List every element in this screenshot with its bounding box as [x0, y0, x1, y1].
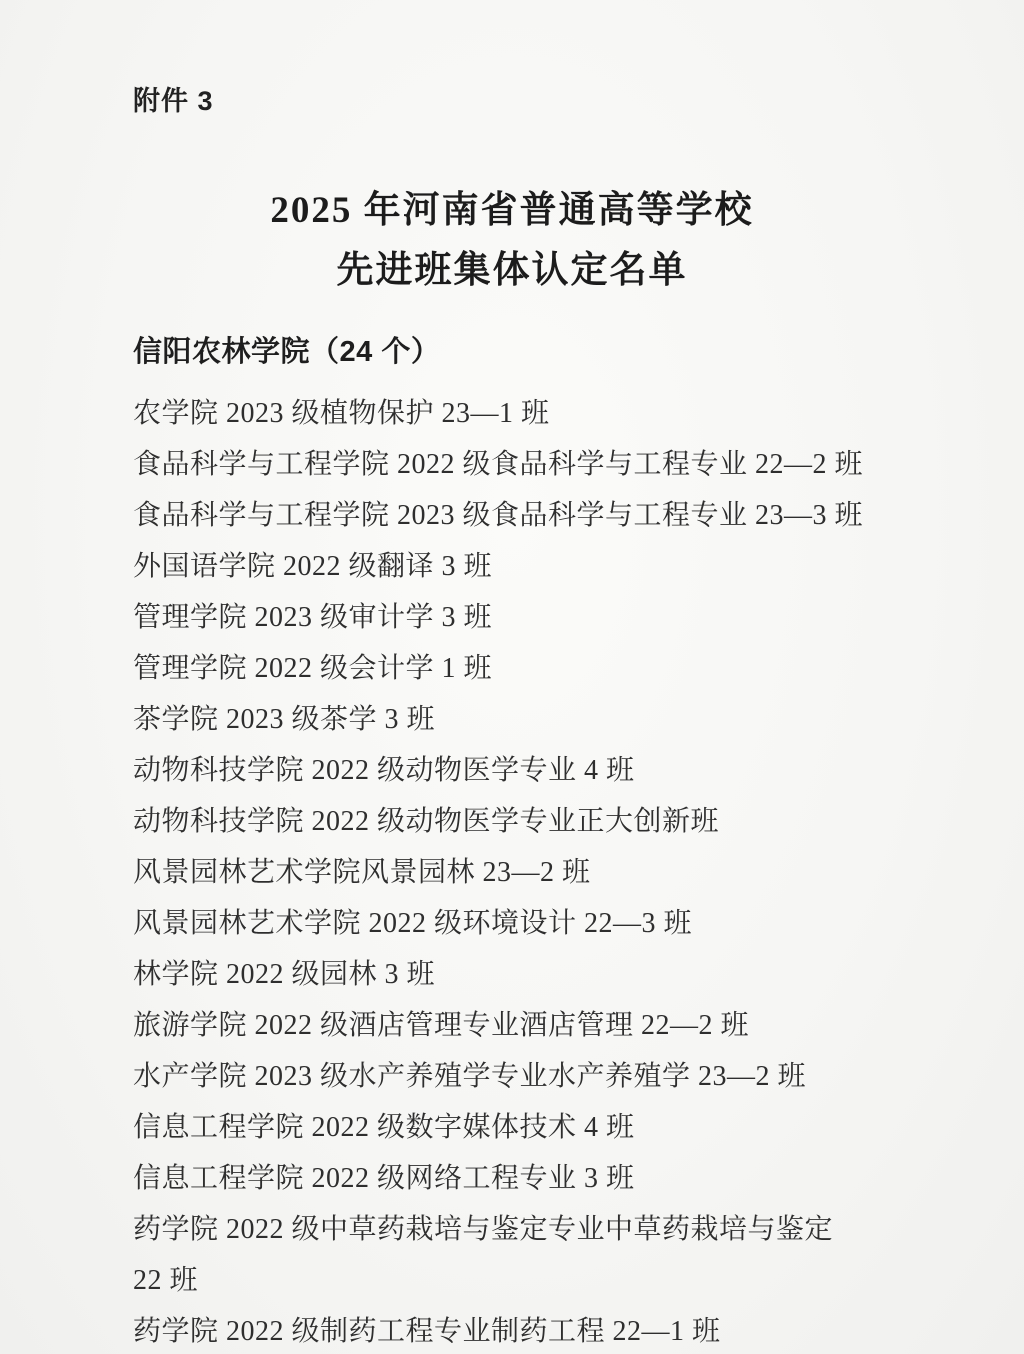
- document-title-line-2: 先进班集体认定名单: [0, 241, 1024, 301]
- list-item: 信息工程学院 2022 级网络工程专业 3 班: [133, 1153, 964, 1204]
- list-item: 风景园林艺术学院 2022 级环境设计 22—3 班: [133, 898, 964, 949]
- list-item: 食品科学与工程学院 2022 级食品科学与工程专业 22—2 班: [133, 439, 964, 490]
- list-item: 管理学院 2023 级审计学 3 班: [133, 592, 964, 643]
- list-item: 管理学院 2022 级会计学 1 班: [133, 643, 964, 694]
- list-item: 风景园林艺术学院风景园林 23—2 班: [133, 847, 964, 898]
- list-item: 信息工程学院 2022 级数字媒体技术 4 班: [133, 1102, 964, 1153]
- document-title: 2025 年河南省普通高等学校 先进班集体认定名单: [0, 181, 1024, 301]
- class-list: 农学院 2023 级植物保护 23—1 班 食品科学与工程学院 2022 级食品…: [133, 388, 964, 1354]
- document-page: 附件 3 2025 年河南省普通高等学校 先进班集体认定名单 信阳农林学院（24…: [0, 0, 1024, 1354]
- attachment-label: 附件 3: [133, 81, 1024, 121]
- list-item: 外国语学院 2022 级翻译 3 班: [133, 541, 964, 592]
- list-item: 动物科技学院 2022 级动物医学专业正大创新班: [133, 796, 964, 847]
- section-heading-university: 信阳农林学院（24 个）: [133, 327, 1024, 378]
- list-item: 旅游学院 2022 级酒店管理专业酒店管理 22—2 班: [133, 1000, 964, 1051]
- list-item: 水产学院 2023 级水产养殖学专业水产养殖学 23—2 班: [133, 1051, 964, 1102]
- list-item: 食品科学与工程学院 2023 级食品科学与工程专业 23—3 班: [133, 490, 964, 541]
- list-item: 林学院 2022 级园林 3 班: [133, 949, 964, 1000]
- list-item: 茶学院 2023 级茶学 3 班: [133, 694, 964, 745]
- list-item: 农学院 2023 级植物保护 23—1 班: [133, 388, 964, 439]
- list-item: 药学院 2022 级制药工程专业制药工程 22—1 班: [133, 1306, 964, 1354]
- document-title-line-1: 2025 年河南省普通高等学校: [0, 181, 1024, 241]
- list-item: 药学院 2022 级中草药栽培与鉴定专业中草药栽培与鉴定 22 班: [133, 1204, 964, 1306]
- list-item: 动物科技学院 2022 级动物医学专业 4 班: [133, 745, 964, 796]
